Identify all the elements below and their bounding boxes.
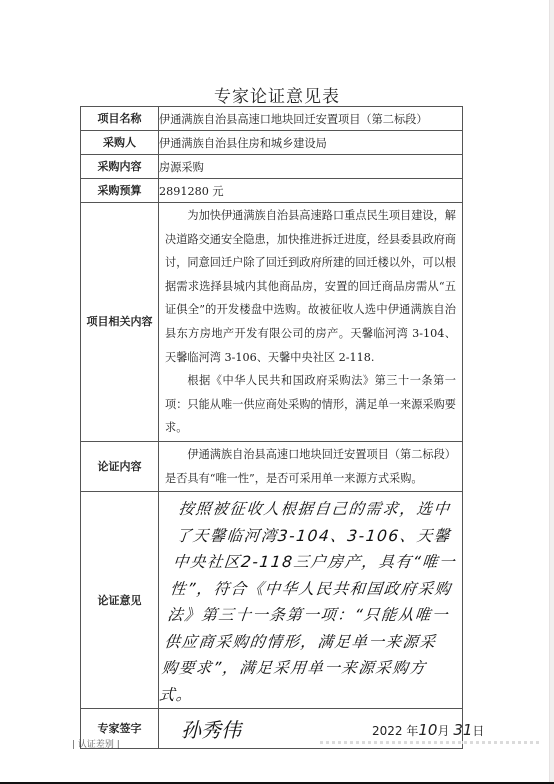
date-day-unit: 日: [472, 724, 484, 738]
row-project-details: 项目相关内容 为加快伊通满族自治县高速路口重点民生项目建设，解决道路交通安全隐患…: [81, 203, 463, 442]
value-purchaser: 伊通满族自治县住房和城乡建设局: [159, 131, 463, 155]
expert-signature: 孙秀伟: [159, 718, 241, 742]
handwritten-opinion: 按照被征收人根据自己的需求，选中了天馨临河湾3-104、3-106、天馨中央社区…: [148, 492, 474, 708]
value-argument-content: 伊通满族自治县高速口地块回迁安置项目（第二标段）是否具有“唯一性”，是否可采用单…: [159, 441, 463, 491]
label-project-details: 项目相关内容: [81, 203, 159, 442]
row-argument-content: 论证内容 伊通满族自治县高速口地块回迁安置项目（第二标段）是否具有“唯一性”，是…: [81, 441, 463, 491]
value-procurement-content: 房源采购: [159, 155, 463, 179]
row-expert-opinion: 论证意见 按照被征收人根据自己的需求，选中了天馨临河湾3-104、3-106、天…: [81, 492, 463, 709]
scan-noise: [320, 741, 540, 744]
document-title: 专家论证意见表: [0, 82, 554, 107]
value-budget: 2891280 元: [159, 179, 463, 203]
signing-date: 2022 年10月 31日: [372, 721, 484, 739]
label-purchaser: 采购人: [81, 131, 159, 155]
label-budget: 采购预算: [81, 179, 159, 203]
label-procurement-content: 采购内容: [81, 155, 159, 179]
label-project-name: 项目名称: [81, 107, 159, 131]
footer-cutoff-text: | 认证差别 |: [72, 737, 120, 750]
details-paragraph-2: 根据《中华人民共和国政府采购法》第三十一条第一项：只能从唯一供应商处采购的情形，…: [165, 369, 456, 440]
details-paragraph-1: 为加快伊通满族自治县高速路口重点民生项目建设，解决道路交通安全隐患，加快推进拆迁…: [165, 204, 456, 369]
date-year-unit: 年: [406, 724, 418, 738]
value-project-details: 为加快伊通满族自治县高速路口重点民生项目建设，解决道路交通安全隐患，加快推进拆迁…: [159, 203, 463, 442]
value-expert-opinion: 按照被征收人根据自己的需求，选中了天馨临河湾3-104、3-106、天馨中央社区…: [159, 492, 463, 709]
date-month-unit: 月: [437, 724, 449, 738]
page-edge: [549, 0, 554, 782]
date-month: 10: [418, 721, 437, 739]
value-project-name: 伊通满族自治县高速口地块回迁安置项目（第二标段）: [159, 107, 463, 131]
label-argument-content: 论证内容: [81, 441, 159, 491]
expert-opinion-form: 项目名称 伊通满族自治县高速口地块回迁安置项目（第二标段） 采购人 伊通满族自治…: [80, 106, 463, 749]
label-expert-opinion: 论证意见: [81, 492, 159, 709]
row-purchaser: 采购人 伊通满族自治县住房和城乡建设局: [81, 131, 463, 155]
row-budget: 采购预算 2891280 元: [81, 179, 463, 203]
argument-text: 伊通满族自治县高速口地块回迁安置项目（第二标段）是否具有“唯一性”，是否可采用单…: [165, 443, 456, 490]
row-procurement-content: 采购内容 房源采购: [81, 155, 463, 179]
date-year: 2022: [372, 724, 403, 738]
date-day: 31: [453, 721, 472, 739]
row-project-name: 项目名称 伊通满族自治县高速口地块回迁安置项目（第二标段）: [81, 107, 463, 131]
